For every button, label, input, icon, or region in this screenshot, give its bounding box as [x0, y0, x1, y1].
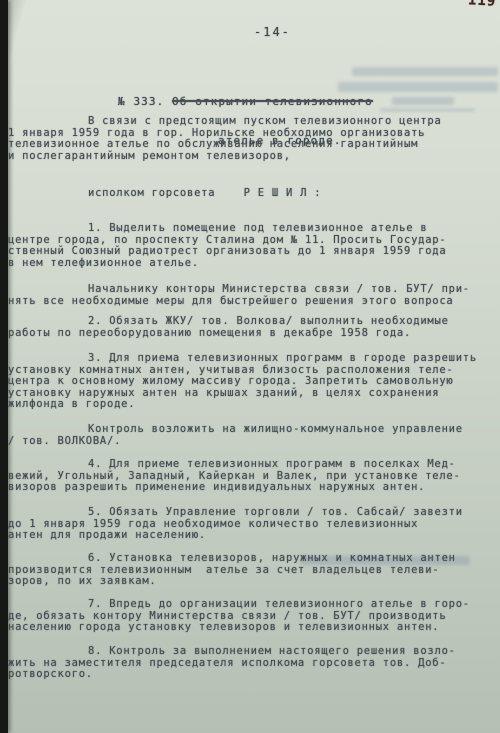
paragraph-item8: 8. Контроль за выполнением настоящего ре… [8, 646, 490, 681]
paragraph-note-control: Контроль возложить на жилищно-коммунальн… [8, 424, 490, 447]
paragraph-resolved: исполком горсовета Р Е Ш И Л : [8, 188, 490, 200]
paragraph-item5: 5. Обязать Управление торговли / тов. Са… [8, 507, 490, 542]
text-line: ственный Союзный радиотрест организовать… [8, 246, 490, 258]
text-line: 4. Для приеме телевизионных программ в п… [8, 459, 490, 471]
bleed-through-underline [380, 109, 475, 111]
text-line: антен для продажи населению. [8, 530, 490, 542]
scanned-document-page: 119 -14- № 333. Об открытии телевизионно… [0, 0, 500, 733]
text-line: Начальнику конторы Министерства связи / … [8, 284, 490, 296]
paragraph-item3: 3. Для приема телевизионных программ в г… [8, 353, 490, 411]
paragraph-item6: 6. Установка телевизоров, наружных и ком… [8, 553, 490, 588]
text-line: 5. Обязать Управление торговли / тов. Са… [8, 507, 490, 519]
handwritten-corner-mark: 119 [468, 0, 497, 10]
paragraph-item4: 4. Для приеме телевизионных программ в п… [8, 459, 490, 494]
paragraph-note-minsvyaz: Начальнику конторы Министерства связи / … [8, 284, 490, 307]
page-number: -14- [254, 25, 291, 39]
text-line: нять все необходимые меры для быстрейшег… [8, 296, 490, 308]
text-line: 3. Для приема телевизионных программ в г… [8, 353, 490, 365]
title-underline [172, 100, 373, 102]
text-line: В связи с предстоящим пуском телевизионн… [8, 116, 490, 128]
text-line: телевизионное ателье по обслуживанию нас… [8, 139, 490, 151]
paragraph-item7: 7. Впредь до организации телевизионного … [8, 599, 490, 634]
text-line: в нем телефизионное ателье. [8, 258, 490, 270]
text-line: жилфонда в городе. [8, 399, 490, 411]
text-line: населению города установку телевизоров и… [8, 622, 490, 634]
paragraph-item2: 2. Обязать ЖКУ/ тов. Волкова/ выполнить … [8, 316, 490, 339]
bleed-through-text [352, 67, 498, 76]
text-line: Контроль возложить на жилищно-коммунальн… [8, 424, 490, 436]
paragraph-intro: В связи с предстоящим пуском телевизионн… [8, 116, 490, 162]
text-line: центра к основному жилому массиву города… [8, 376, 490, 388]
text-line: 8. Контроль за выполнением настоящего ре… [8, 646, 490, 658]
text-line: ротворского. [8, 669, 490, 681]
text-line: визоров разрешить применение индивидуаль… [8, 482, 490, 494]
text-line: зоров, по их заявкам. [8, 576, 490, 588]
text-line: и послегарантийным ремонтом телевизоров, [8, 151, 490, 163]
text-line: / тов. ВОЛКОВА/. [8, 436, 490, 448]
scan-edge-left [0, 0, 8, 733]
text-line: 1. Выделить помещение под телевизионное … [8, 223, 490, 235]
text-line: 6. Установка телевизоров, наружных и ком… [8, 553, 490, 565]
text-line: 7. Впредь до организации телевизионного … [8, 599, 490, 611]
text-line: работы по переоборудованию помещения в д… [8, 328, 490, 340]
bleed-through-text [392, 97, 454, 105]
text-line: исполком горсовета Р Е Ш И Л : [8, 188, 490, 200]
paragraph-item1: 1. Выделить помещение под телевизионное … [8, 223, 490, 269]
text-line: 2. Обязать ЖКУ/ тов. Волкова/ выполнить … [8, 316, 490, 328]
